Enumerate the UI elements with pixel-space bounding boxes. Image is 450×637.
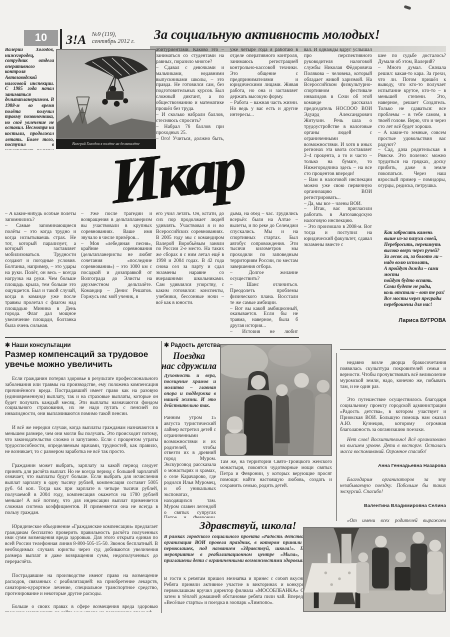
section-divider (5, 337, 299, 338)
site-link: www.право-на-возмещение-вреда.рф. (74, 611, 154, 612)
article-column: – Уже после трагедии и возвращения в дел… (81, 212, 152, 333)
column-rule (161, 341, 162, 613)
paragraph: Если гражданин потерял здоровье в резуль… (5, 377, 158, 418)
signature: Анна Геннадьевна Назарова (340, 464, 446, 470)
consult-headline: Размер компенсаций за трудовое увечье мо… (5, 350, 158, 369)
issue-info: №9 (119), сентябрь 2012 г. (92, 32, 154, 46)
paragraph: И всё же нередки случаи, когда выплаты г… (5, 426, 158, 456)
page-motto: За социальную активность молодых! (154, 27, 380, 43)
testimonial: Нет слов! Восхитительно! Всё организован… (340, 438, 446, 456)
newspaper-logo: З!А (66, 32, 86, 48)
article-column: шее по судьбе досталось? Думали об этом,… (378, 48, 446, 333)
group-illustration (221, 345, 331, 455)
paragraph: Гражданин может выбрать, зарплату за как… (5, 464, 158, 517)
newspaper-page: 10 З!А №9 (119), сентябрь 2012 г. За соц… (0, 0, 450, 637)
icarus-intro-sidebar: Валерий Холодов, нижегородец, сотрудник … (5, 48, 54, 150)
rubric-consultations: ✱ Наши консультации (5, 342, 71, 349)
deltaplane-illustration (57, 50, 155, 138)
testimonial: «От имени всех родителей выражаем огромн… (340, 519, 446, 524)
trip-body-column: Ранним утром 15 августа туристический ла… (164, 416, 216, 518)
paragraph: Пострадавшие на производстве имеют право… (5, 574, 158, 598)
testimonials: Нет слов! Восхитительно! Всё организован… (340, 432, 446, 524)
rubric-childhood-joy: ✱ Радость детства (164, 342, 220, 349)
issue-date: сентябрь 2012 г. (92, 39, 154, 46)
photo-school-party (303, 527, 446, 612)
article-column: дыма, на обед – час. Трудились всерьёз: … (230, 212, 298, 333)
trip-underphoto-text: Там же, на территории Свято-Троицкого же… (220, 460, 332, 517)
paragraph: Больше о своих правах в сфере возмещения… (5, 605, 158, 612)
scan-artifact (404, 5, 412, 10)
paragraph: Это путешествие осуществилось благодаря … (340, 398, 446, 431)
section-divider (340, 349, 446, 350)
column-text: шее по судьбе досталось? Думали об этом,… (378, 54, 446, 222)
author-byline: Лариса БУГРОВА (378, 318, 446, 324)
trip-continuation-column: недавно возле дворца бракосочетания появ… (340, 355, 446, 431)
photo-pilgrimage-group (220, 344, 332, 456)
issue-number: №9 (119), (92, 32, 154, 39)
poem: Как забросить камень выше из-за пазухи с… (378, 228, 446, 309)
testimonial: Благодарим организаторов за эту незабыва… (340, 478, 446, 496)
trip-headline: Поездка нас сдружила (158, 351, 220, 371)
paragraph: Юридическое объединение «Гражданские ком… (5, 525, 158, 566)
page-number: 10 (24, 30, 58, 46)
article-column: его учил летать. Он, кстати, до сих пор … (156, 212, 224, 333)
party-illustration (304, 528, 445, 611)
paragraph: недавно возле дворца бракосочетания появ… (340, 361, 446, 391)
signature: Валентина Владимировна Селина (340, 504, 446, 510)
trip-lead: Духовность и вера, посещение храмов и мо… (164, 374, 216, 414)
photo-deltaplane (56, 49, 156, 139)
consult-body: Если гражданин потерял здоровье в резуль… (5, 371, 158, 612)
column-rule (336, 353, 337, 521)
